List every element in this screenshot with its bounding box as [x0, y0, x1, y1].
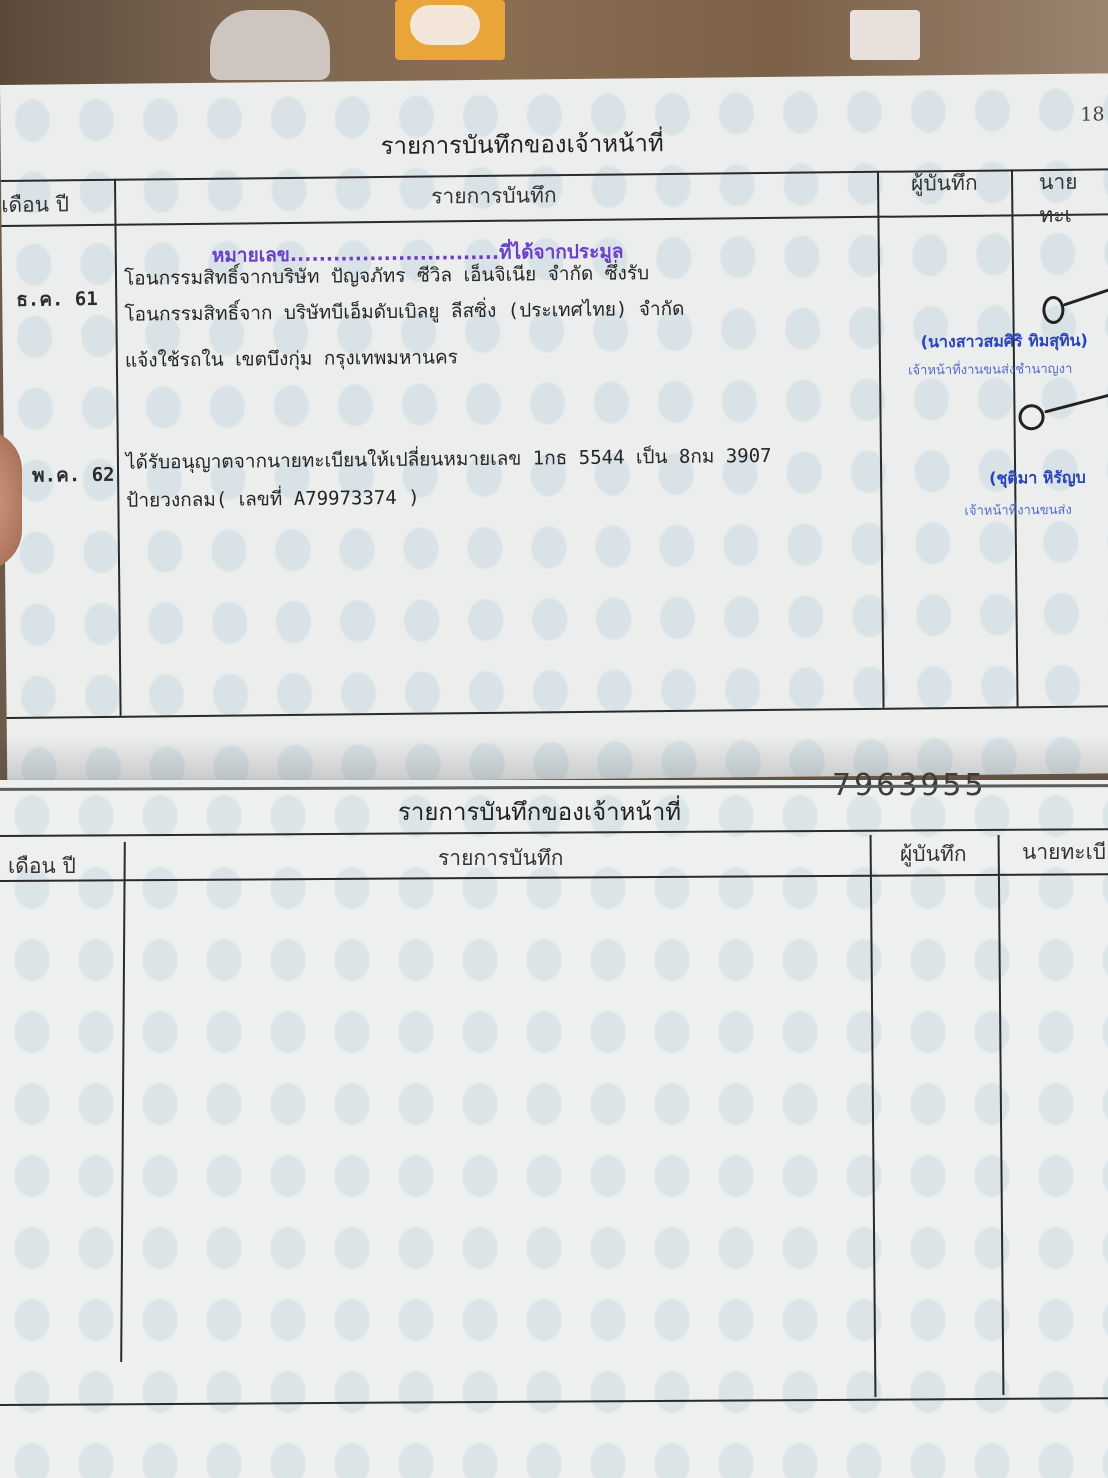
signature-mark	[1042, 296, 1064, 324]
background-object	[850, 10, 920, 60]
column-divider	[998, 835, 1005, 1395]
entry-text-line: โอนกรรมสิทธิ์จากบริษัท ปัญจภัทร ซีวิล เอ…	[124, 258, 649, 293]
signature-stroke	[1063, 288, 1108, 307]
column-divider	[870, 835, 877, 1397]
column-header-recorder: ผู้บันทึก	[911, 167, 978, 201]
column-header-registrar: นายทะเ	[1039, 165, 1108, 232]
upper-page: 18 รายการบันทึกของเจ้าหน้าที่ เดือน ปี ร…	[0, 73, 1108, 785]
section-title: รายการบันทึกของเจ้าหน้าที่	[380, 123, 664, 165]
signature-mark	[1018, 404, 1044, 430]
column-header-recorder: ผู้บันทึก	[900, 838, 967, 871]
entry-text-line: ป้ายวงกลม( เลขที่ A79973374 )	[126, 483, 420, 516]
entry-date: ธ.ค. 61	[16, 284, 98, 315]
header-divider	[1, 213, 1108, 227]
table-border-bottom	[7, 705, 1108, 719]
column-divider	[877, 171, 885, 708]
registrar-position-stamp: เจ้าหน้าที่งานขนส่งชำนาญงา	[908, 358, 1073, 381]
entry-text-line: แจ้งใช้รถใน เขตบึงกุ่ม กรุงเทพมหานคร	[125, 342, 458, 375]
table-border-bottom	[0, 1397, 1108, 1406]
background-box-label	[410, 5, 480, 45]
registrar-name-stamp: (นางสาวสมศิริ ทิมสุทิน)	[921, 329, 1088, 356]
column-header-date: เดือน ปี	[8, 850, 76, 883]
column-header-entry: รายการบันทึก	[438, 842, 563, 875]
entry-text-line: โอนกรรมสิทธิ์จาก บริษัทบีเอ็มดับเบิลยู ล…	[124, 294, 684, 330]
column-header-entry: รายการบันทึก	[431, 179, 557, 213]
entry-text-line: ได้รับอนุญาตจากนายทะเบียนให้เปลี่ยนหมายเ…	[126, 441, 772, 478]
entry-date: พ.ค. 62	[32, 460, 115, 491]
background-object	[210, 10, 330, 80]
lower-page: 7963955 รายการบันทึกของเจ้าหน้าที่ เดือน…	[0, 780, 1108, 1478]
section-title: รายการบันทึกของเจ้าหน้าที่	[398, 792, 681, 831]
column-divider	[120, 842, 126, 1362]
column-header-date: เดือน ปี	[1, 188, 69, 222]
signature-stroke	[1044, 393, 1108, 414]
page-number: 18	[1080, 103, 1104, 125]
column-header-registrar: นายทะเบี	[1022, 836, 1106, 869]
registrar-position-stamp: เจ้าหน้าที่งานขนส่ง	[964, 499, 1071, 521]
column-divider	[1011, 169, 1019, 706]
registrar-name-stamp: (ชุติมา หิรัญบ	[989, 466, 1086, 492]
column-divider	[114, 179, 122, 716]
